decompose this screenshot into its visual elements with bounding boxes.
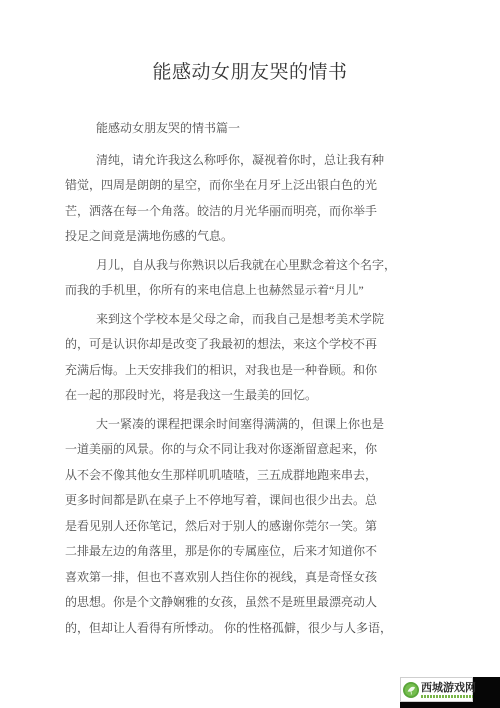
- text-line: 充满后悔。上天安排我们的相识，对我也是一种眷顾。和你: [65, 358, 415, 384]
- text-line: 是看见别人还你笔记，然后对于别人的感谢你莞尔一笑。第: [65, 514, 415, 540]
- watermark-site-name: 西城游戏网: [421, 682, 476, 694]
- text-line: 来到这个学校本是父母之命，而我自己是想考美术学院: [65, 307, 415, 333]
- text-line: 芒，洒落在每一个角落。皎洁的月光华丽而明亮，而你举手: [65, 199, 415, 225]
- watermark-logo-icon: [403, 682, 419, 698]
- document-page: 能感动女朋友哭的情书 能感动女朋友哭的情书篇一 清纯，请允许我这么称呼你，凝视着…: [0, 0, 500, 708]
- text-line: 一道美丽的风景。你的与众不同让我对你逐渐留意起来，你: [65, 437, 415, 463]
- text-line: 的思想。你是个文静娴雅的女孩，虽然不是班里最漂亮动人: [65, 590, 415, 616]
- text-line: 从不会不像其他女生那样叽叽喳喳，三五成群地跑来串去，: [65, 463, 415, 489]
- text-line: 月儿，自从我与你熟识以后我就在心里默念着这个名字，: [65, 253, 415, 279]
- text-line: 错觉，四周是朗朗的星空，而你坐在月牙上泛出银白色的光: [65, 173, 415, 199]
- watermark-box: 西城游戏网: [400, 677, 473, 702]
- text-line: 的，可是认识你却是改变了我最初的想法，来这个学校不再: [65, 332, 415, 358]
- section-heading: 能感动女朋友哭的情书篇一: [65, 116, 415, 142]
- watermark: 西城游戏网: [400, 677, 500, 708]
- text-line: 更多时间都是趴在桌子上不停地写着，课间也很少出去。总: [65, 488, 415, 514]
- text-line: 喜欢第一排，但也不喜欢别人挡住你的视线，真是奇怪女孩: [65, 565, 415, 591]
- text-line: 的，但却让人看得有所悸动。 你的性格孤僻，很少与人多语，: [65, 616, 415, 642]
- page-title: 能感动女朋友哭的情书: [0, 60, 500, 85]
- text-line: 清纯，请允许我这么称呼你，凝视着你时，总让我有种: [65, 148, 415, 174]
- document-body: 能感动女朋友哭的情书篇一 清纯，请允许我这么称呼你，凝视着你时，总让我有种 错觉…: [65, 116, 415, 641]
- text-line: 而我的手机里，你所有的来电信息上也赫然显示着“月儿”: [65, 278, 415, 304]
- text-line: 二排最左边的角落里，那是你的专属座位，后来才知道你不: [65, 539, 415, 565]
- watermark-text-group: 西城游戏网: [421, 682, 476, 698]
- watermark-subtext-bar: [421, 695, 473, 698]
- text-line: 在一起的那段时光，将是我这一生最美的回忆。: [65, 383, 415, 409]
- text-line: 投足之间竟是满地伤感的气息。: [65, 224, 415, 250]
- text-line: 大一紧凑的课程把课余时间塞得满满的，但课上你也是: [65, 412, 415, 438]
